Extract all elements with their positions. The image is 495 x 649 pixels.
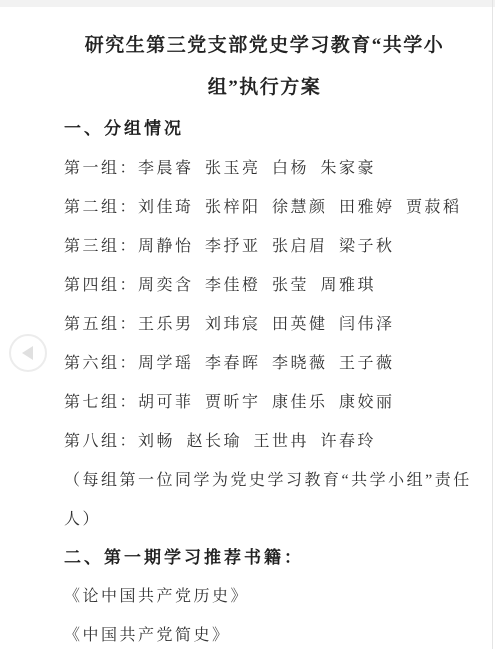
group-note-line1: （每组第一位同学为党史学习教育“共学小组”责任 xyxy=(64,461,465,500)
section-heading-groups: 一、分组情况 xyxy=(64,109,465,149)
doc-title: 研究生第三党支部党史学习教育“共学小 组”执行方案 xyxy=(64,25,465,109)
group-line-3: 第三组：周静怡 李抒亚 张启眉 梁子秋 xyxy=(64,227,465,266)
group-line-2: 第二组：刘佳琦 张梓阳 徐慧颜 田雅婷 贾菽稻 xyxy=(64,188,465,227)
group-line-6: 第六组：周学瑶 李春晖 李晓薇 王子薇 xyxy=(64,344,465,383)
group-line-5: 第五组：王乐男 刘玮宸 田英健 闫伟泽 xyxy=(64,305,465,344)
group-line-7: 第七组：胡可菲 贾昕宇 康佳乐 康姣丽 xyxy=(64,383,465,422)
book-line-1: 《论中国共产党历史》 xyxy=(64,577,465,616)
book-line-2: 《中国共产党简史》 xyxy=(64,616,465,649)
group-line-4: 第四组：周奕含 李佳橙 张莹 周雅琪 xyxy=(64,266,465,305)
carousel-prev-button[interactable] xyxy=(9,334,47,372)
document-body: 研究生第三党支部党史学习教育“共学小 组”执行方案 一、分组情况 第一组：李晨睿… xyxy=(0,7,495,649)
group-line-8: 第八组：刘畅 赵长瑜 王世冉 许春玲 xyxy=(64,422,465,461)
doc-title-line2: 组”执行方案 xyxy=(64,67,465,109)
doc-title-line1: 研究生第三党支部党史学习教育“共学小 xyxy=(64,25,465,67)
group-line-1: 第一组：李晨睿 张玉亮 白杨 朱家豪 xyxy=(64,149,465,188)
top-strip xyxy=(0,0,495,7)
group-note-line2: 人） xyxy=(64,500,465,539)
section-heading-books: 二、第一期学习推荐书籍： xyxy=(64,539,465,577)
chevron-left-icon xyxy=(22,346,33,360)
